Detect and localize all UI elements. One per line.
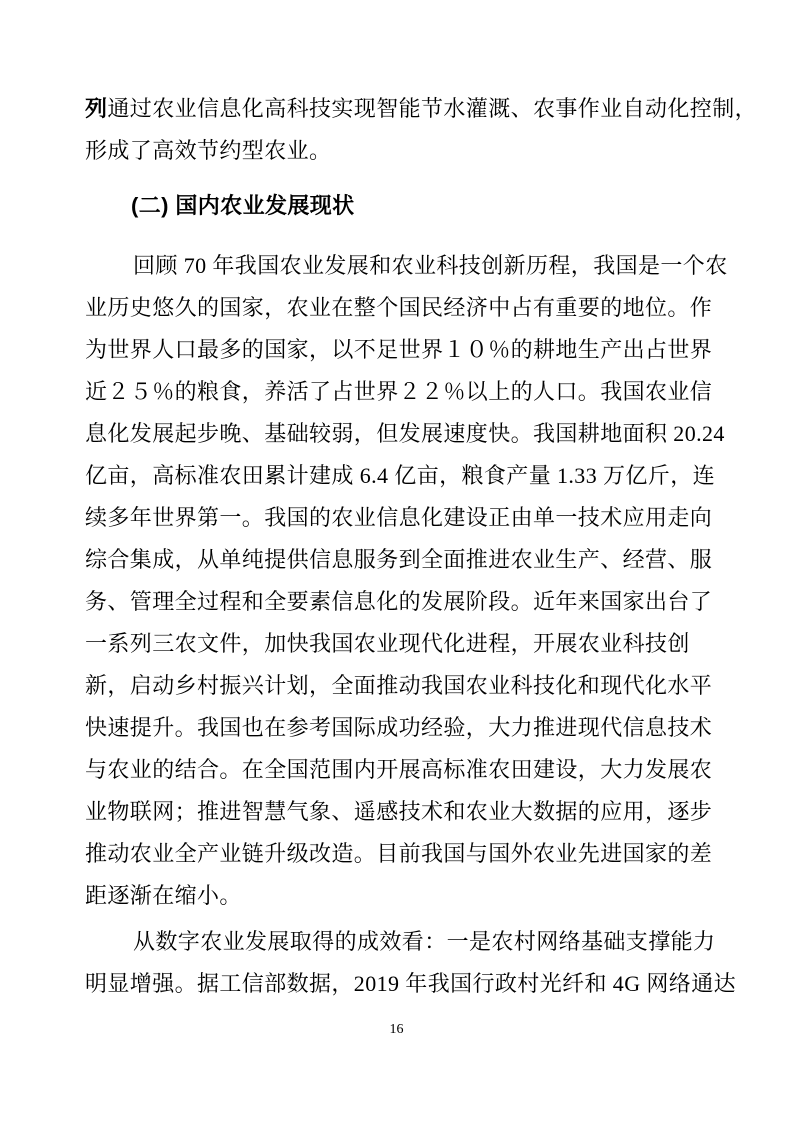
paragraph-line: 形成了高效节约型农业。 [85, 130, 717, 172]
paragraph-domestic-agriculture: 回顾 70 年我国农业发展和农业科技创新历程，我国是一个农 业历史悠久的国家，农… [85, 245, 717, 917]
section-heading: (二) 国内农业发展现状 [85, 186, 717, 226]
paragraph-line: 新，启动乡村振兴计划，全面推动我国农业科技化和现代化水平 [85, 665, 717, 707]
paragraph-line: 务、管理全过程和全要素信息化的发展阶段。近年来国家出台了 [85, 581, 717, 623]
page-number: 16 [0, 1020, 793, 1040]
paragraph-line: 近２５％的粮食，养活了占世界２２％以上的人口。我国农业信 [85, 371, 717, 413]
paragraph-line: 业历史悠久的国家，农业在整个国民经济中占有重要的地位。作 [85, 287, 717, 329]
paragraph-line: 推动农业全产业链升级改造。目前我国与国外农业先进国家的差 [85, 833, 717, 875]
paragraph-line: 续多年世界第一。我国的农业信息化建设正由单一技术应用走向 [85, 497, 717, 539]
paragraph-line: 从数字农业发展取得的成效看：一是农村网络基础支撑能力 [85, 921, 717, 963]
paragraph-line: 距逐渐在缩小。 [85, 875, 717, 917]
paragraph-line: 息化发展起步晚、基础较弱，但发展速度快。我国耕地面积 20.24 [85, 413, 717, 455]
paragraph-line-text: 通过农业信息化高科技实现智能节水灌溉、农事作业自动化控制， [107, 96, 757, 121]
paragraph-line: 业物联网；推进智慧气象、遥感技术和农业大数据的应用，逐步 [85, 791, 717, 833]
paragraph-line: 为世界人口最多的国家，以不足世界１０％的耕地生产出占世界 [85, 329, 717, 371]
paragraph-line: 亿亩，高标准农田累计建成 6.4 亿亩，粮食产量 1.33 万亿斤，连 [85, 455, 717, 497]
paragraph-line: 明显增强。据工信部数据，2019 年我国行政村光纤和 4G 网络通达 [85, 963, 717, 1005]
paragraph-line: 回顾 70 年我国农业发展和农业科技创新历程，我国是一个农 [85, 245, 717, 287]
bold-lead-text: 列 [85, 96, 107, 121]
document-page: 列通过农业信息化高科技实现智能节水灌溉、农事作业自动化控制， 形成了高效节约型农… [0, 0, 793, 1122]
paragraph-line: 快速提升。我国也在参考国际成功经验，大力推进现代信息技术 [85, 707, 717, 749]
paragraph-line: 列通过农业信息化高科技实现智能节水灌溉、农事作业自动化控制， [85, 88, 717, 130]
continuation-paragraph: 列通过农业信息化高科技实现智能节水灌溉、农事作业自动化控制， 形成了高效节约型农… [85, 88, 717, 172]
page-body: 列通过农业信息化高科技实现智能节水灌溉、农事作业自动化控制， 形成了高效节约型农… [85, 88, 717, 1005]
paragraph-line: 一系列三农文件，加快我国农业现代化进程，开展农业科技创 [85, 623, 717, 665]
paragraph-digital-agriculture: 从数字农业发展取得的成效看：一是农村网络基础支撑能力 明显增强。据工信部数据，2… [85, 921, 717, 1005]
paragraph-line: 综合集成，从单纯提供信息服务到全面推进农业生产、经营、服 [85, 539, 717, 581]
paragraph-line: 与农业的结合。在全国范围内开展高标准农田建设，大力发展农 [85, 749, 717, 791]
